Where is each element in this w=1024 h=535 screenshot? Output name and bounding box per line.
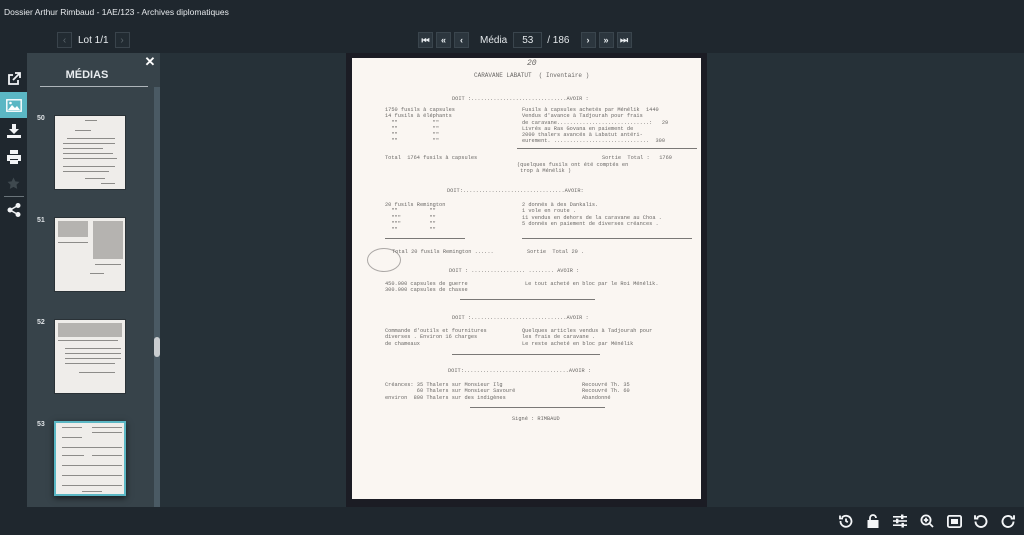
thumbnail-number: 50 xyxy=(37,115,45,122)
document-page[interactable]: 20 CARAVANE LABATUT ( Inventaire ) DOIT … xyxy=(352,58,701,499)
media-total: / 186 xyxy=(547,35,569,46)
lot-prev-button[interactable]: ‹ xyxy=(57,32,72,48)
panel-title: MÉDIAS xyxy=(27,69,147,81)
document-frame: 20 CARAVANE LABATUT ( Inventaire ) DOIT … xyxy=(346,53,707,507)
rotate-left-icon xyxy=(974,514,988,528)
adjust-button[interactable] xyxy=(890,511,910,531)
favorite-button[interactable] xyxy=(0,170,27,196)
thumbnail-image[interactable] xyxy=(54,115,126,190)
section-total: Total 20 fusils Remington ...... xyxy=(392,249,494,255)
thumbnail-number: 52 xyxy=(37,319,45,326)
reset-icon xyxy=(839,514,853,528)
download-button[interactable] xyxy=(0,118,27,144)
panel-divider xyxy=(40,86,148,87)
chevron-right-icon: › xyxy=(120,35,123,46)
lot-next-button[interactable]: › xyxy=(115,32,130,48)
lot-label: Lot 1/1 xyxy=(78,35,109,46)
share-button[interactable] xyxy=(0,197,27,223)
double-chevron-right-icon: » xyxy=(603,35,608,45)
document-title: CARAVANE LABATUT ( Inventaire ) xyxy=(474,73,589,79)
section-total-right: Sortie Total : 1769 xyxy=(602,155,672,161)
zoom-in-icon xyxy=(920,514,934,528)
document-viewer[interactable]: 20 CARAVANE LABATUT ( Inventaire ) DOIT … xyxy=(160,53,1024,507)
section-left: Créances: 35 Thalers sur Monsieur Ilg 60… xyxy=(385,382,515,401)
section-left: 1750 fusils à capsules14 fusils à élépha… xyxy=(385,107,455,145)
image-icon xyxy=(6,99,22,112)
print-button[interactable] xyxy=(0,144,27,170)
next-10-media-button[interactable]: » xyxy=(599,32,614,48)
media-panel-button[interactable] xyxy=(0,92,27,118)
page-annotation: 20 xyxy=(527,61,537,67)
thumbnail-image[interactable] xyxy=(54,217,126,292)
media-panel: ✕ MÉDIAS 50 51 52 xyxy=(27,53,160,507)
section-right: Recouvré Th. 35Recouvré Th. 60Abandonné xyxy=(582,382,630,401)
section-left: 20 fusils Remington "" "" """ "" """ "" … xyxy=(385,202,445,233)
window-title: Dossier Arthur Rimbaud - 1AE/123 - Archi… xyxy=(0,0,1024,26)
section-left: 450.000 capsules de guerre300.000 capsul… xyxy=(385,281,468,294)
rotate-right-icon xyxy=(1001,514,1015,528)
star-icon xyxy=(7,177,20,190)
section-header: DOIT:................................AVO… xyxy=(447,188,584,194)
external-link-icon xyxy=(7,72,21,86)
thumbnail-image[interactable] xyxy=(54,421,126,496)
section-header: DOIT :..............................AVOI… xyxy=(452,315,589,321)
lot-navigation: ‹ Lot 1/1 › xyxy=(57,31,130,49)
thumbnail-number: 51 xyxy=(37,217,45,224)
prev-media-button[interactable]: ‹ xyxy=(454,32,469,48)
sliders-icon xyxy=(893,514,907,528)
chevron-right-icon: › xyxy=(587,35,590,45)
section-right: 2 donnés à des Dankalis.1 vole en route … xyxy=(522,202,662,227)
media-number-input[interactable] xyxy=(513,32,542,48)
chevron-left-icon: ‹ xyxy=(63,35,66,46)
section-left: Commande d'outils et fournituresdiverses… xyxy=(385,328,487,347)
media-label: Média xyxy=(480,35,507,46)
skip-last-icon: ⏭ xyxy=(620,35,628,46)
share-icon xyxy=(7,203,21,217)
fit-screen-button[interactable] xyxy=(944,511,964,531)
double-chevron-left-icon: « xyxy=(441,35,446,45)
close-icon: ✕ xyxy=(145,54,156,69)
chevron-left-icon: ‹ xyxy=(460,35,463,45)
reset-button[interactable] xyxy=(836,511,856,531)
section-right: Quelques articles vendus à Tadjourah pou… xyxy=(522,328,652,347)
thumbnail-image[interactable] xyxy=(54,319,126,394)
rotate-right-button[interactable] xyxy=(998,511,1018,531)
bottom-toolbar xyxy=(836,511,1018,531)
signature: Signé : RIMBAUD xyxy=(512,416,560,422)
download-icon xyxy=(7,124,21,138)
section-header: DOIT :..............................AVOI… xyxy=(452,96,589,102)
section-header: DOIT : ................. ........ AVOIR … xyxy=(449,268,579,274)
section-total: Total 1764 fusils à capsules xyxy=(385,155,477,161)
zoom-button[interactable] xyxy=(917,511,937,531)
fit-screen-icon xyxy=(947,515,962,528)
rotate-left-button[interactable] xyxy=(971,511,991,531)
close-panel-button[interactable]: ✕ xyxy=(144,56,156,68)
skip-first-icon: ⏮ xyxy=(421,35,429,46)
first-media-button[interactable]: ⏮ xyxy=(418,32,433,48)
prev-10-media-button[interactable]: « xyxy=(436,32,451,48)
lock-button[interactable] xyxy=(863,511,883,531)
last-media-button[interactable]: ⏭ xyxy=(617,32,632,48)
unlock-icon xyxy=(867,514,879,528)
section-note: (quelques fusils ont été comptés en trop… xyxy=(517,162,628,175)
section-total-right: Sortie Total 20 . xyxy=(527,249,584,255)
left-toolbar xyxy=(0,66,27,506)
open-external-button[interactable] xyxy=(0,66,27,92)
section-right: Le tout acheté en bloc par le Roi Ménéli… xyxy=(525,281,659,287)
thumbnail-number: 53 xyxy=(37,421,45,428)
media-navigation: ⏮ « ‹ Média / 186 › » ⏭ xyxy=(418,31,632,49)
section-right: Fusils à capsules achetés par Ménélik 14… xyxy=(522,107,668,145)
print-icon xyxy=(7,150,21,164)
next-media-button[interactable]: › xyxy=(581,32,596,48)
section-header: DOIT:.................................AV… xyxy=(448,368,591,374)
